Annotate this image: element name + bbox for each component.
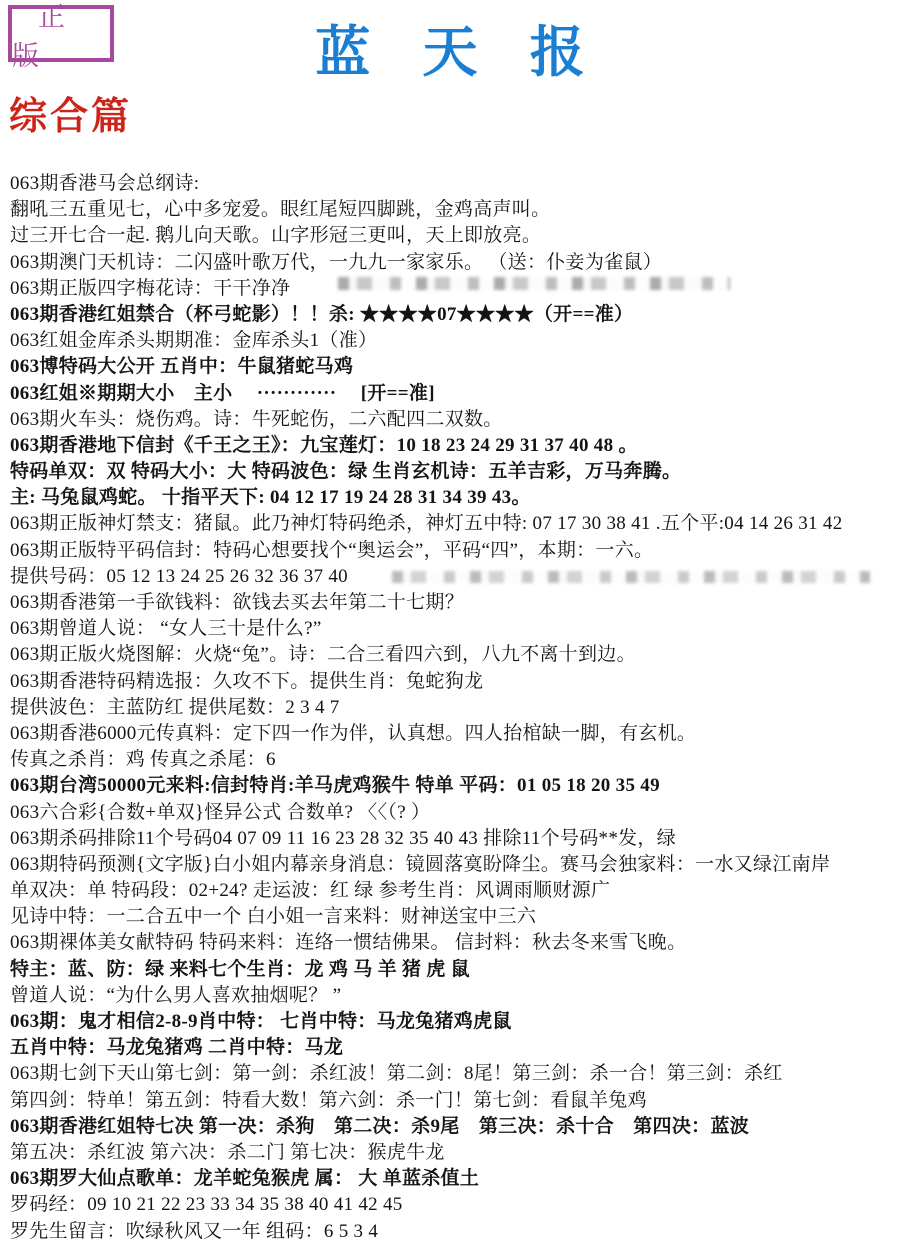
report-line: 特主：蓝、防：绿 来料七个生肖：龙 鸡 马 羊 猪 虎 鼠 [10,957,898,983]
report-line: 063博特码大公开 五肖中：牛鼠猪蛇马鸡 [10,354,898,380]
report-line: 过三开七合一起. 鹅儿向天歌。山字形冠三更叫，天上即放亮。 [10,223,898,249]
report-line: 063期裸体美女献特码 特码来料：连络一惯结佛果。 信封料：秋去冬来雪飞晚。 [10,930,898,956]
report-line: 063期火车头：烧伤鸡。诗：牛死蛇伤，二六配四二双数。 [10,407,898,433]
report-line: 单双决：单 特码段：02+24? 走运波：红 绿 参考生肖：风调雨顺财源广 [10,878,898,904]
report-line: 063红姐金库杀头期期准：金库杀头1（准） [10,328,898,354]
report-line: 提供波色：主蓝防红 提供尾数：2 3 4 7 [10,695,898,721]
report-line: 063期澳门天机诗：二闪盛叶歌万代，一九九一家家乐。 （送：仆妾为雀鼠） [10,250,898,276]
report-line: 063期：鬼才相信2-8-9肖中特： 七肖中特：马龙兔猪鸡虎鼠 [10,1009,898,1035]
report-line: 063期曾道人说： “女人三十是什么?” [10,616,898,642]
report-line: 063期七剑下天山第七剑：第一剑：杀红波！第二剑：8尾！第三剑：杀一合！第三剑：… [10,1061,898,1087]
report-line: 063六合彩{合数+单双}怪异公式 合数单? 〈〈（? ） [10,800,898,826]
report-line: 063期正版火烧图解：火烧“兔”。诗：二合三看四六到，八九不离十到边。 [10,642,898,668]
report-line: 罗先生留言：吹绿秋风又一年 组码：6 5 3 4 [10,1219,898,1243]
report-line: 第五决：杀红波 第六决：杀二门 第七决：猴虎牛龙 [10,1140,898,1166]
report-line: 063期香港第一手欲钱料：欲钱去买去年第二十七期？ [10,590,898,616]
scanned-report-page: 正版 蓝天报 综合篇 063期香港马会总纲诗: 翻吼三五重见七，心中多宠爱。眼红… [0,0,900,1243]
report-line: 主: 马兔鼠鸡蛇。 十指平天下: 04 12 17 19 24 28 31 34… [10,485,898,511]
report-line: 翻吼三五重见七，心中多宠爱。眼红尾短四脚跳，金鸡高声叫。 [10,197,898,223]
report-line: 063期香港6000元传真料：定下四一作为伴，认真想。四人抬棺缺一脚，有玄机。 [10,721,898,747]
report-line: 063期香港马会总纲诗: [10,171,898,197]
report-line: 传真之杀肖：鸡 传真之杀尾：6 [10,747,898,773]
report-line: 063期特码预测{文字版}白小姐内幕亲身消息：镜圆落寞盼降尘。赛马会独家料：一水… [10,852,898,878]
report-body: 063期香港马会总纲诗: 翻吼三五重见七，心中多宠爱。眼红尾短四脚跳，金鸡高声叫… [10,171,898,1243]
report-line: 见诗中特：一二合五中一个 白小姐一言来料：财神送宝中三六 [10,904,898,930]
report-line: 063红姐※期期大小 主小 ············ [开==准] [10,381,898,407]
report-line: 第四剑：特单！第五剑：特看大数！第六剑：杀一门！第七剑：看鼠羊兔鸡 [10,1088,898,1114]
report-line: 063期香港红姐禁合（杯弓蛇影）！！杀: ★★★★07★★★★（开==准） [10,302,898,328]
report-line: 063期香港地下信封《千王之王》：九宝莲灯：10 18 23 24 29 31 … [10,433,898,459]
report-line: 罗码经：09 10 21 22 23 33 34 35 38 40 41 42 … [10,1192,898,1218]
section-heading: 综合篇 [9,94,132,140]
report-line: 063期台湾50000元来料:信封特肖:羊马虎鸡猴牛 特单 平码：01 05 1… [10,773,898,799]
newspaper-title: 蓝天报 [0,22,900,84]
report-line: 063期杀码排除11个号码04 07 09 11 16 23 28 32 35 … [10,826,898,852]
report-line: 063期香港红姐特七决 第一决：杀狗 第二决：杀9尾 第三决：杀十合 第四决：蓝… [10,1114,898,1140]
report-line: 特码单双：双 特码大小：大 特码波色：绿 生肖玄机诗：五羊吉彩，万马奔腾。 [10,459,898,485]
report-line: 063期正版特平码信封：特码心想要找个“奥运会”，平码“四”，本期：一六。 [10,538,898,564]
report-line: 063期香港特码精选报：久攻不下。提供生肖：兔蛇狗龙 [10,669,898,695]
report-line: 063期罗大仙点歌单：龙羊蛇兔猴虎 属： 大 单蓝杀值土 [10,1166,898,1192]
report-line: 063期正版神灯禁支：猪鼠。此乃神灯特码绝杀，神灯五中特: 07 17 30 3… [10,511,898,537]
smudge-artifact [338,277,730,290]
report-line: 五肖中特：马龙兔猪鸡 二肖中特：马龙 [10,1035,898,1061]
report-line: 曾道人说：“为什么男人喜欢抽烟呢？ ” [10,983,898,1009]
smudge-artifact [392,571,870,583]
